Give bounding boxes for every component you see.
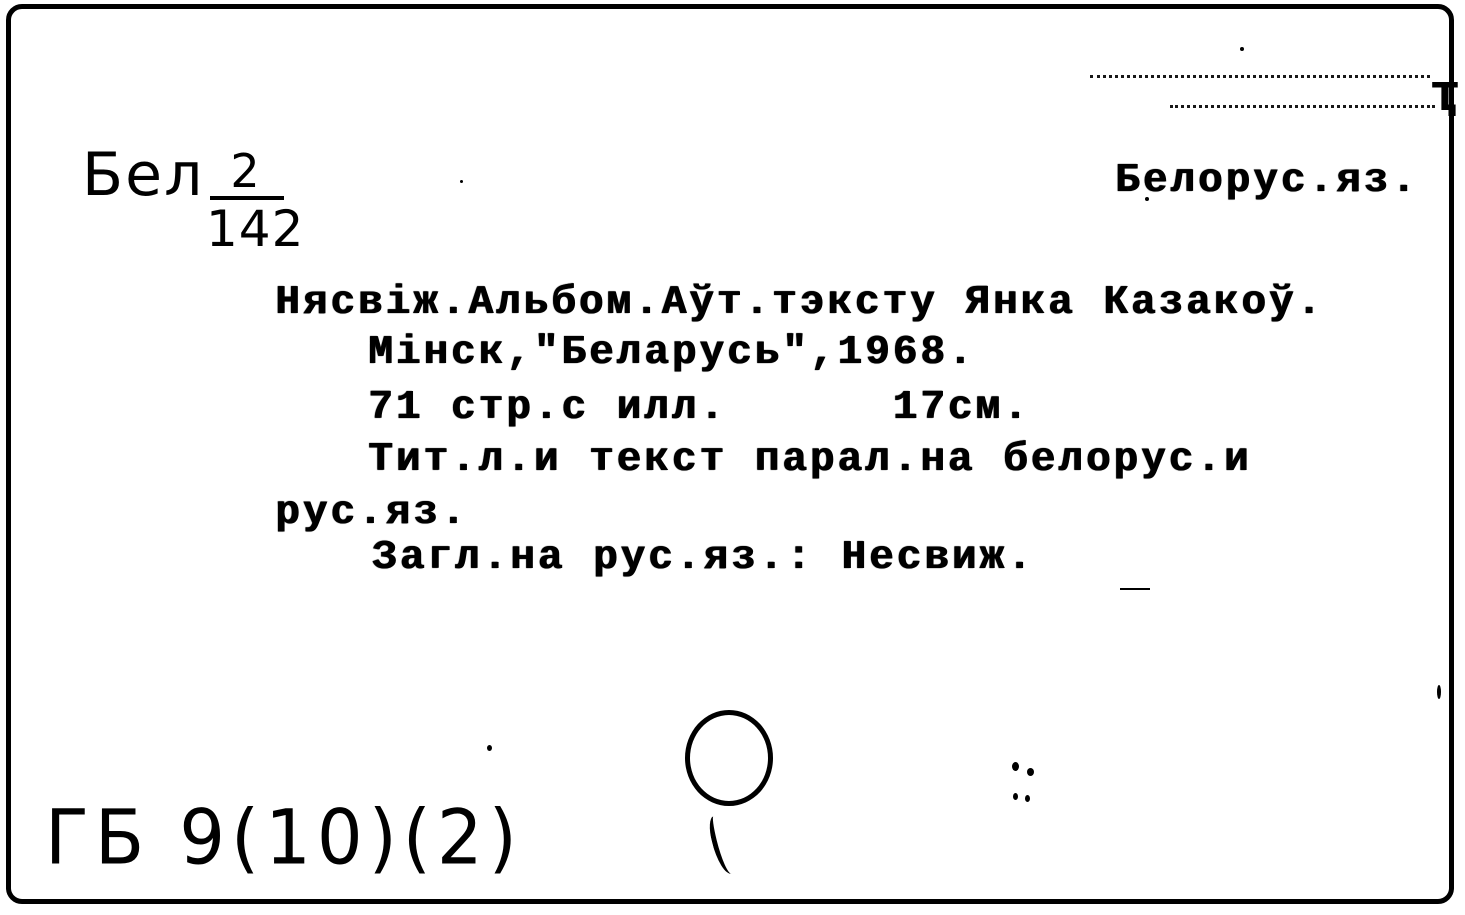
ink-speck	[1145, 197, 1149, 201]
entry-line-collation: 71 стр.с илл. 17см.	[368, 385, 1031, 431]
shelfmark-fraction: 2 142	[206, 148, 284, 256]
entry-line-note: Тит.л.и текст парал.на белорус.и	[368, 437, 1251, 483]
corner-mark: Ҭ	[1432, 75, 1458, 119]
ink-speck	[1437, 685, 1441, 699]
ink-speck	[1240, 47, 1244, 51]
faint-dotted-line	[1170, 105, 1435, 111]
entry-line-note-cont: рус.яз.	[275, 490, 468, 536]
ink-speck	[460, 180, 463, 183]
ink-speck	[1012, 762, 1019, 771]
ink-speck	[1013, 793, 1018, 800]
faint-dotted-line	[1090, 75, 1430, 81]
shelfmark-denominator: 142	[206, 202, 284, 256]
ink-speck	[1120, 588, 1150, 590]
shelfmark-prefix: Бел	[82, 140, 204, 210]
punch-hole-circle	[685, 710, 773, 806]
ink-speck	[1025, 795, 1030, 802]
entry-line-title: Нясвіж.Альбом.Аўт.тэксту Янка Казакоў.	[275, 280, 1324, 326]
classification-mark: ГБ 9(10)(2)	[45, 793, 523, 881]
entry-line-parallel-title: Загл.на рус.яз.: Несвиж.	[372, 535, 1035, 581]
ink-speck	[1027, 768, 1034, 776]
entry-line-imprint: Мінск,"Беларусь",1968.	[368, 330, 975, 376]
language-heading: Белорус.яз.	[1115, 158, 1419, 204]
shelfmark-numerator: 2	[206, 148, 284, 194]
ink-speck	[487, 745, 492, 751]
